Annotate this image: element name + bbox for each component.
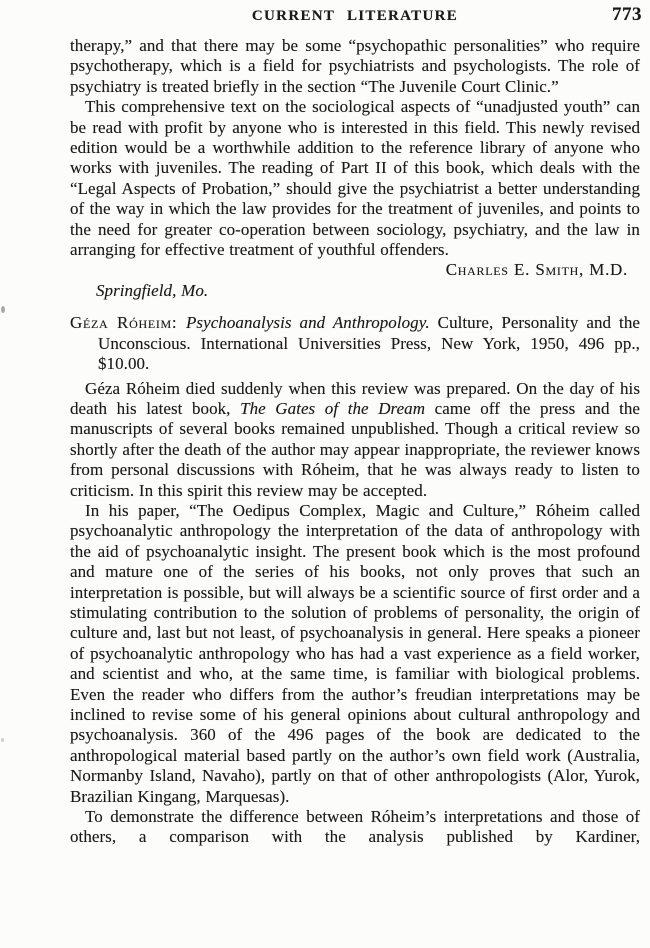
text-run-smallcaps: Géza Róheim: <box>70 313 186 332</box>
reviewer-signature: Charles E. Smith, M.D. <box>70 260 640 280</box>
book-citation: Géza Róheim: Psychoanalysis and Anthropo… <box>70 313 640 374</box>
reviewer-location: Springfield, Mo. <box>70 281 640 301</box>
page-content: therapy,” and that there may be some “ps… <box>70 36 640 848</box>
journal-page: CURRENT LITERATURE 773 therapy,” and tha… <box>0 0 650 948</box>
scan-artifact <box>82 795 85 798</box>
smith-review-paragraph-continuation: therapy,” and that there may be some “ps… <box>70 36 640 97</box>
roheim-review-paragraph-1: Géza Róheim died suddenly when this revi… <box>70 379 640 501</box>
running-title: CURRENT LITERATURE <box>252 8 458 24</box>
smith-review-paragraph: This comprehensive text on the sociologi… <box>70 97 640 260</box>
page-number: 773 <box>612 4 642 26</box>
scan-artifact <box>1 306 5 313</box>
roheim-review-paragraph-2: In his paper, “The Oedipus Complex, Magi… <box>70 501 640 807</box>
text-run-italic: Psychoanalysis and Anthropology. <box>186 313 430 332</box>
scan-artifact <box>1 738 4 742</box>
page-header: CURRENT LITERATURE 773 <box>70 7 640 31</box>
roheim-review-paragraph-3: To demonstrate the difference between Ró… <box>70 807 640 848</box>
text-run-italic: The Gates of the Dream <box>240 399 425 418</box>
